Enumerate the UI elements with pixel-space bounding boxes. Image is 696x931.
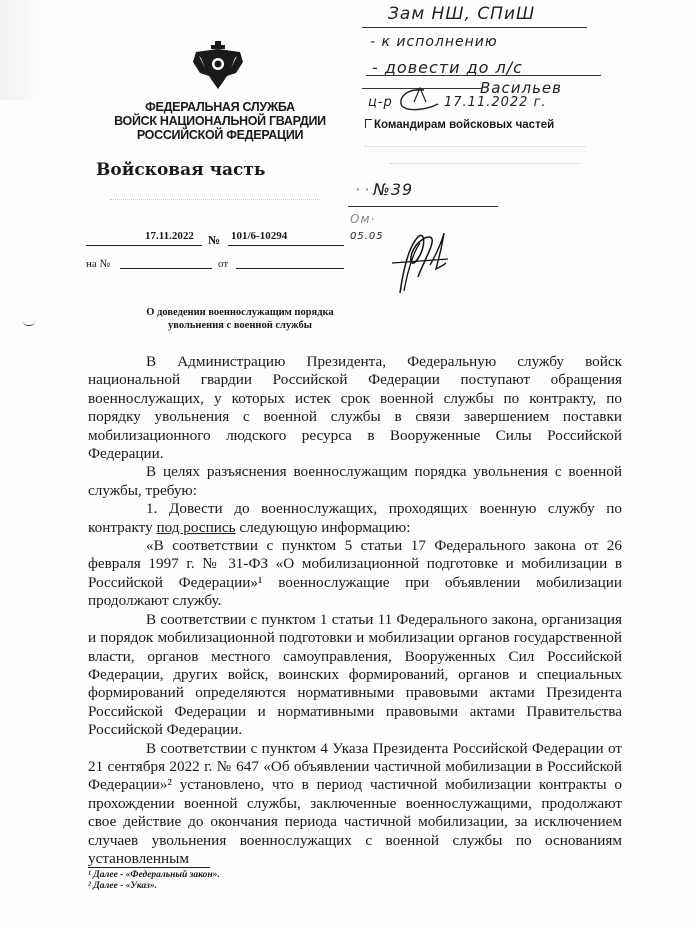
document-body: В Администрацию Президента, Федеральную … — [88, 353, 622, 868]
registration-number-value: №39 — [373, 180, 413, 199]
resolution-line-2: - к исполнению — [370, 34, 498, 50]
from-underline — [236, 268, 344, 269]
document-number: 101/6-10294 — [231, 230, 287, 242]
number-label: № — [208, 233, 220, 248]
footnote-rule — [88, 867, 210, 868]
addressee-bracket — [365, 119, 372, 128]
footnotes: ¹ Далее - «Федеральный закон». ² Далее -… — [88, 870, 220, 892]
paragraph-5: В соответствии с пунктом 1 статьи 11 Фед… — [88, 611, 622, 740]
organization-name: ФЕДЕРАЛЬНАЯ СЛУЖБА ВОЙСК НАЦИОНАЛЬНОЙ ГВ… — [85, 100, 355, 142]
double-headed-eagle-emblem — [191, 40, 245, 90]
scan-mark — [23, 321, 35, 326]
resolution-date: 17.11.2022 г. — [444, 95, 547, 110]
military-unit-title: Войсковая часть — [96, 160, 265, 180]
paragraph-2: В целях разъяснения военнослужащим поряд… — [88, 463, 622, 500]
from-label: от — [218, 258, 228, 270]
paragraph-6: В соответствии с пунктом 4 Указа Президе… — [88, 740, 622, 869]
registration-rule — [348, 206, 498, 207]
subject-line-1: О доведении военнослужащим порядка — [130, 306, 350, 319]
faded-address-line — [110, 199, 320, 203]
org-line-1: ФЕДЕРАЛЬНАЯ СЛУЖБА — [85, 100, 355, 114]
document-subject: О доведении военнослужащим порядка уволь… — [130, 306, 350, 332]
scan-shadow — [0, 0, 40, 100]
underlined-phrase: под роспись — [157, 519, 236, 536]
resolution-prefix: ц-р — [368, 95, 393, 110]
paragraph-4: «В соответствии с пунктом 5 статьи 17 Фе… — [88, 537, 622, 611]
paragraph-3: 1. Довести до военнослужащих, проходящих… — [88, 500, 622, 537]
resolution-rule-1 — [362, 27, 587, 28]
date-underline — [86, 245, 202, 246]
addressee-line-1: Командирам войсковых частей — [374, 119, 554, 131]
registration-faded-text: Ом· — [350, 212, 375, 226]
document-date: 17.11.2022 — [145, 230, 194, 242]
in-reply-underline — [120, 268, 212, 269]
resolution-line-1: Зам НШ, СПиШ — [388, 4, 535, 24]
addressee: Командирам войсковых частей — [365, 119, 554, 131]
signature-icon — [390, 225, 450, 295]
registration-number: ··№39 — [355, 180, 413, 199]
org-line-2: ВОЙСК НАЦИОНАЛЬНОЙ ГВАРДИИ — [85, 114, 355, 128]
in-reply-label: на № — [86, 258, 110, 270]
faded-addressee-line-2 — [365, 146, 585, 147]
paragraph-1: В Администрацию Президента, Федеральную … — [88, 353, 622, 463]
footnote-2: ² Далее - «Указ». — [88, 881, 220, 892]
subject-line-2: увольнения с военной службы — [130, 319, 350, 332]
resolution-rule-2 — [366, 75, 601, 76]
footnote-1: ¹ Далее - «Федеральный закон». — [88, 870, 220, 881]
paragraph-3-end: следующую информацию: — [236, 519, 411, 536]
resolution-signature-icon — [394, 84, 444, 114]
registration-date: 05.05 — [350, 231, 384, 242]
org-line-3: РОССИЙСКОЙ ФЕДЕРАЦИИ — [85, 128, 355, 142]
number-underline — [228, 245, 344, 246]
faded-addressee-line-3 — [390, 163, 580, 164]
